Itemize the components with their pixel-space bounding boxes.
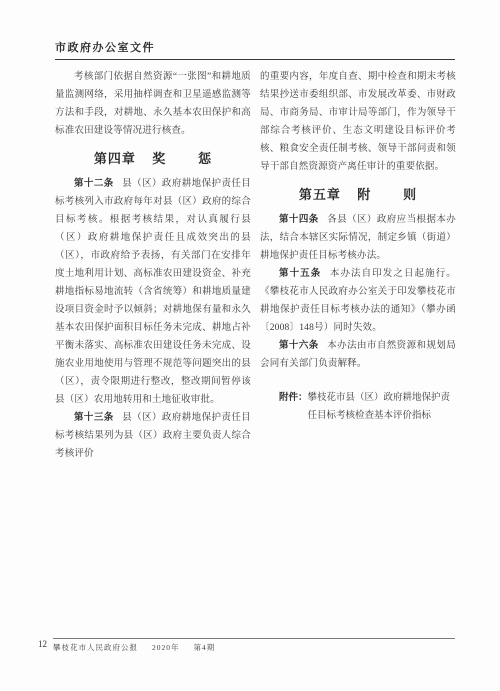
header-title: 市政府办公室文件: [55, 42, 155, 54]
document-page: 市政府办公室文件 考核部门依据自然资源“一张图”和耕地质量监测网络，采用抽样调查…: [0, 0, 500, 691]
paragraph-article-14: 第十四条各县（区）政府应当根据本办法，结合本辖区实际情况，制定乡镇（街道）耕地保…: [260, 211, 456, 265]
document-body: 考核部门依据自然资源“一张图”和耕地质量监测网络，采用抽样调查和卫星遥感监测等方…: [55, 68, 456, 463]
paragraph-continuation: 的重要内容，年度自查、期中检查和期末考核结果抄送市委组织部、市发展改革委、市财政…: [260, 68, 456, 176]
paragraph-article-15: 第十五条本办法自印发之日起施行。《攀枝花市人民政府办公室关于印发攀枝花市耕地保护…: [260, 265, 456, 337]
document-header: 市政府办公室文件: [55, 38, 455, 60]
left-column: 考核部门依据自然资源“一张图”和耕地质量监测网络，采用抽样调查和卫星遥感监测等方…: [55, 68, 251, 463]
chapter-5-word2: 则: [403, 187, 417, 202]
article-16-label: 第十六条: [279, 340, 319, 351]
document-footer: 12 攀枝花市人民政府公报 2020年 第4期: [38, 638, 455, 653]
paragraph-article-16: 第十六条本办法由市自然资源和规划局会同有关部门负责解释。: [260, 337, 456, 373]
chapter-5-number: 第五章: [299, 187, 341, 202]
journal-year: 2020年: [152, 642, 180, 653]
paragraph-article-13: 第十三条县（区）政府耕地保护责任目标考核结果列为县（区）政府主要负责人综合考核评…: [55, 409, 251, 463]
article-14-label: 第十四条: [279, 214, 319, 225]
paragraph-article-12: 第十二条县（区）政府耕地保护责任目标考核列入市政府每年对县（区）政府的综合目标考…: [55, 175, 251, 409]
article-15-label: 第十五条: [279, 268, 321, 279]
chapter-4-word2: 惩: [198, 151, 212, 166]
journal-issue: 第4期: [194, 642, 216, 653]
journal-name: 攀枝花市人民政府公报: [53, 642, 138, 653]
article-12-text: 县（区）政府耕地保护责任目标考核列入市政府每年对县（区）政府的综合目标考核。根据…: [55, 179, 251, 405]
chapter-5-heading: 第五章 附 则: [260, 184, 456, 203]
chapter-4-word1: 奖: [152, 151, 166, 166]
chapter-5-word1: 附: [357, 187, 371, 202]
footer-journal-line: 攀枝花市人民政府公报 2020年 第4期: [53, 638, 455, 653]
chapter-4-number: 第四章: [94, 151, 136, 166]
attachment-text: 攀枝花市县（区）政府耕地保护责任目标考核检查基本评价指标: [308, 389, 456, 425]
page-number: 12: [38, 638, 47, 650]
right-column: 的重要内容，年度自查、期中检查和期末考核结果抄送市委组织部、市发展改革委、市财政…: [260, 68, 456, 463]
article-12-label: 第十二条: [74, 178, 114, 189]
attachment-note: 附件： 攀枝花市县（区）政府耕地保护责任目标考核检查基本评价指标: [260, 389, 456, 425]
paragraph-intro: 考核部门依据自然资源“一张图”和耕地质量监测网络，采用抽样调查和卫星遥感监测等方…: [55, 68, 251, 140]
attachment-label: 附件：: [279, 389, 308, 425]
article-13-label: 第十三条: [74, 412, 114, 423]
chapter-4-heading: 第四章 奖 惩: [55, 148, 251, 167]
